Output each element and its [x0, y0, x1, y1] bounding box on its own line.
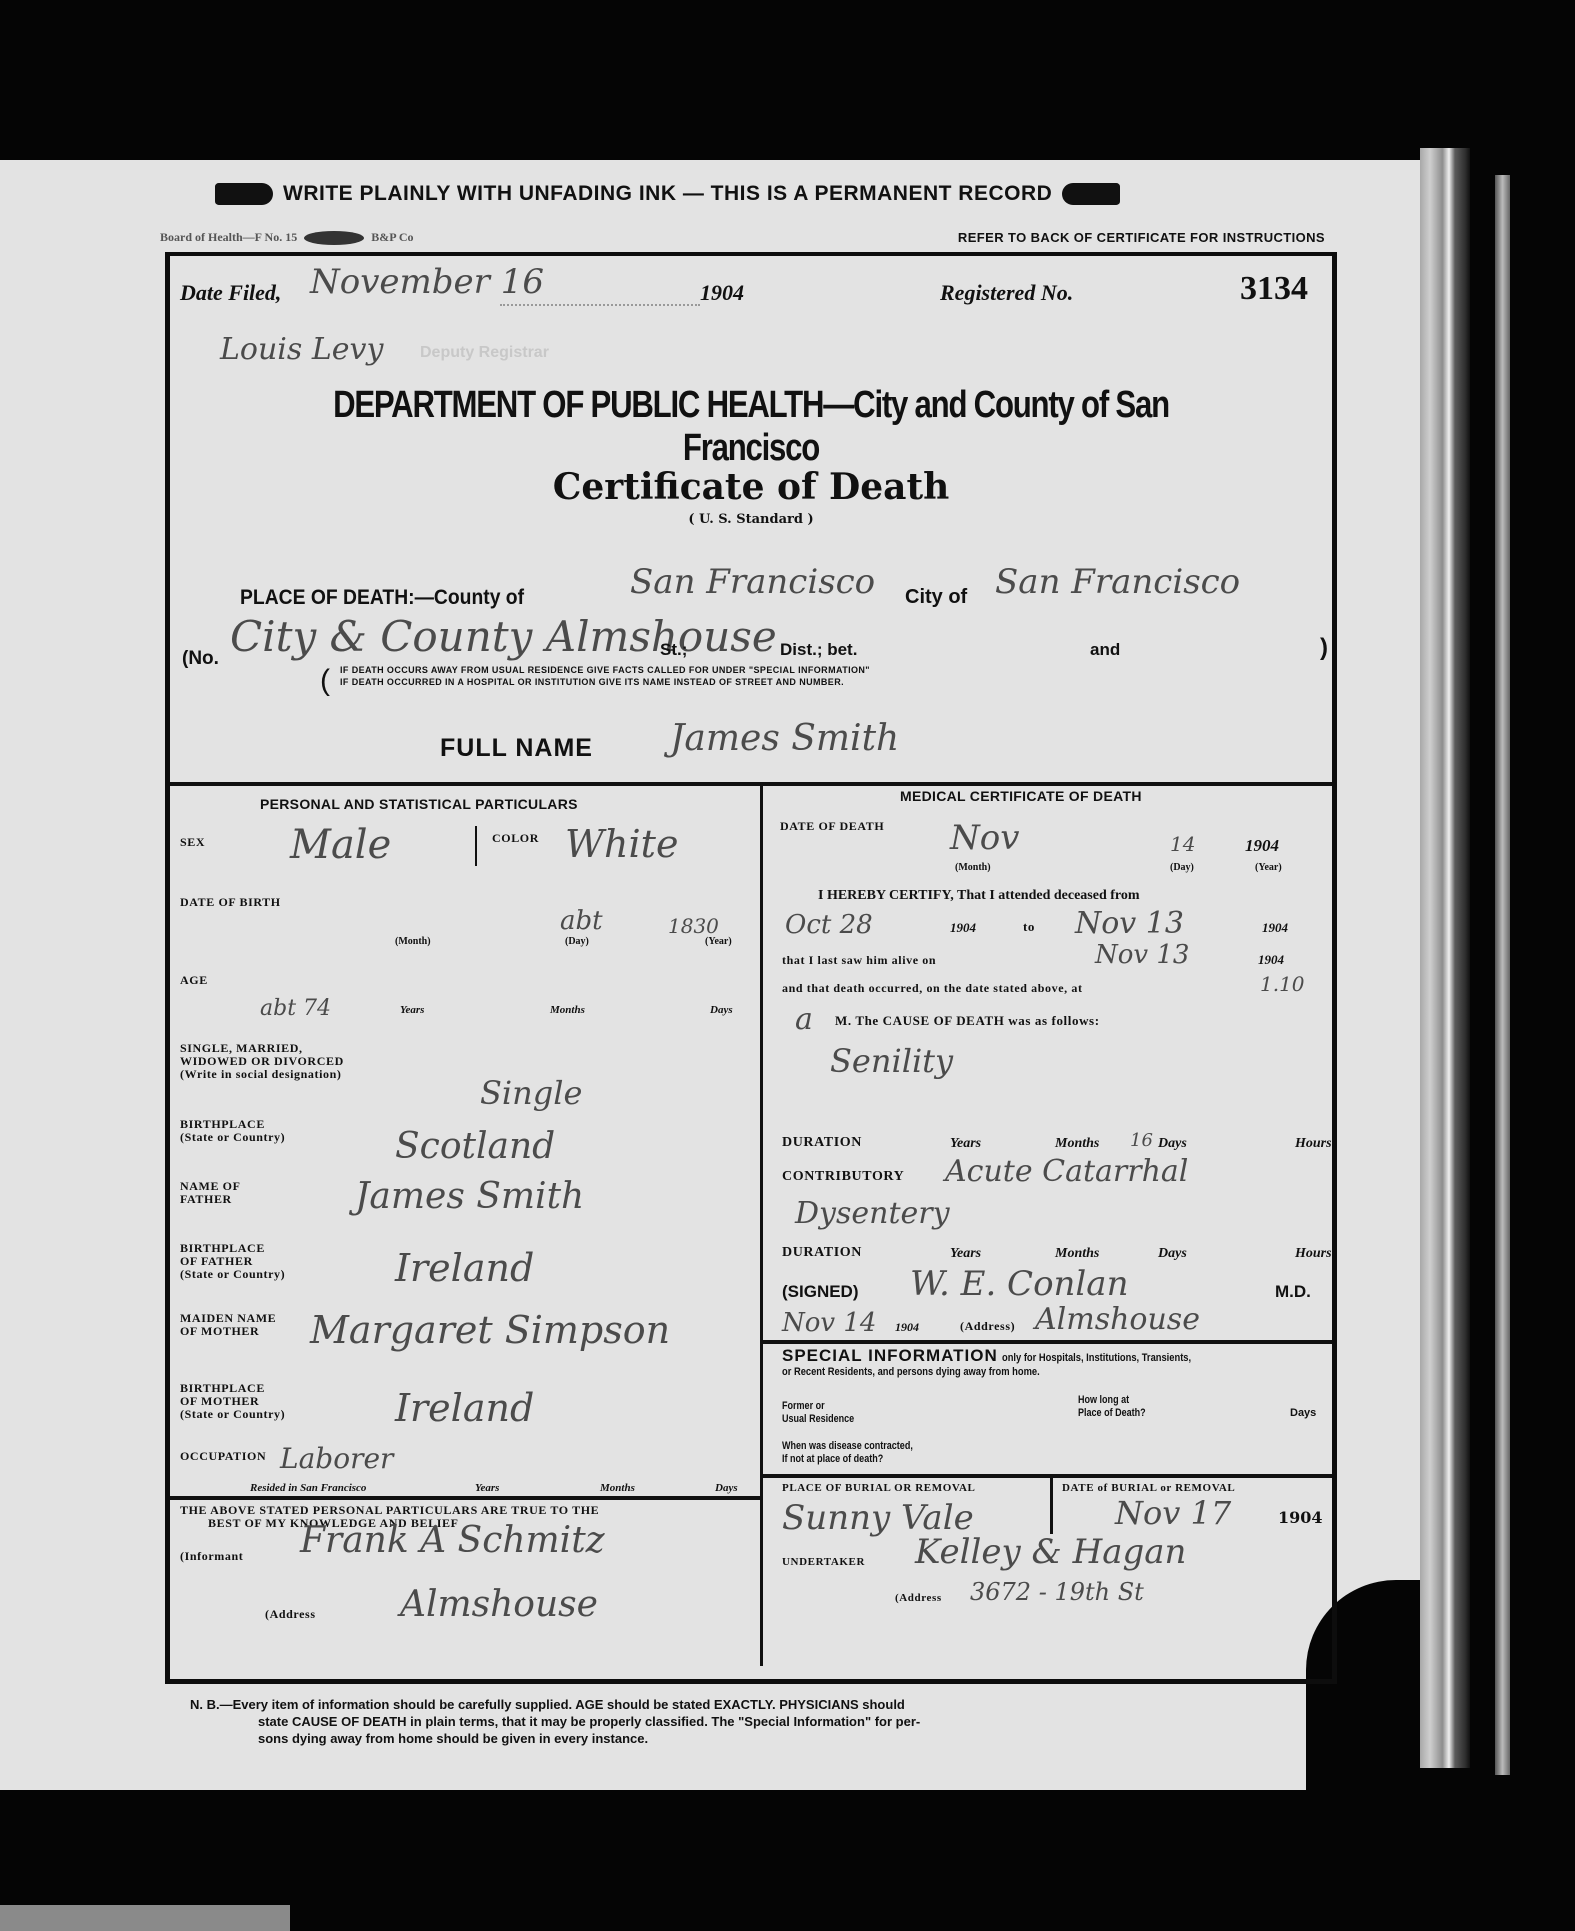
mother-value: Margaret Simpson	[310, 1308, 670, 1352]
undertaker-value: Kelley & Hagan	[915, 1532, 1186, 1572]
dod-month: Nov	[950, 818, 1019, 858]
duration-days-2: Days	[1158, 1246, 1187, 1262]
father-label-2: FATHER	[180, 1193, 241, 1206]
footnote-line-1: N. B.—Every item of information should b…	[190, 1696, 920, 1713]
duration-days-1: Days	[1158, 1136, 1187, 1152]
mother-birthplace-value: Ireland	[395, 1386, 534, 1430]
ink-warning: WRITE PLAINLY WITH UNFADING INK — THIS I…	[215, 182, 1295, 206]
full-name-rule	[170, 782, 1332, 786]
last-saw-year: 1904	[1258, 952, 1284, 968]
father-bp-label-3: (State or Country)	[180, 1268, 285, 1281]
certificate-frame: Date Filed, November 16 1904 Registered …	[165, 252, 1337, 1684]
standard-subtitle: ( U. S. Standard )	[170, 512, 1332, 527]
contributory-value-2: Dysentery	[795, 1196, 950, 1231]
and-label: and	[1090, 640, 1120, 660]
special-rule	[763, 1340, 1332, 1344]
resided-label: Resided in San Francisco	[250, 1482, 366, 1494]
sub-header: Board of Health—F No. 15 B&P Co REFER TO…	[160, 230, 1325, 245]
dod-year-label: (Year)	[1255, 862, 1282, 873]
duration-hours-2: Hours	[1295, 1246, 1332, 1262]
birthplace-label: BIRTHPLACE (State or Country)	[180, 1118, 285, 1144]
to-year: 1904	[1262, 920, 1288, 936]
age-value: abt 74	[260, 996, 331, 1021]
how-long-label-1: How long at	[1078, 1394, 1146, 1407]
union-label-icon	[304, 231, 364, 245]
occupation-label: OCCUPATION	[180, 1450, 266, 1463]
pointing-hand-icon	[215, 183, 273, 205]
dod-year: 1904	[1245, 836, 1279, 856]
certificate-title: Certificate of Death	[170, 466, 1332, 508]
cause-value: Senility	[830, 1042, 953, 1080]
special-heading: SPECIAL INFORMATION only for Hospitals, …	[782, 1346, 1332, 1378]
age-label: AGE	[180, 974, 208, 987]
cause-label: M. The CAUSE OF DEATH was as follows:	[835, 1014, 1100, 1027]
contracted-label-1: When was disease contracted,	[782, 1440, 913, 1453]
dod-day: 14	[1170, 832, 1195, 856]
contracted-label: When was disease contracted, If not at p…	[782, 1440, 913, 1466]
resided-days-label: Days	[715, 1482, 738, 1494]
burial-date-value: Nov 17	[1115, 1494, 1231, 1532]
registrar-signature: Louis Levy	[220, 332, 383, 367]
undertaker-address: 3672 - 19th St	[970, 1578, 1144, 1606]
age-days-label: Days	[710, 1004, 733, 1016]
duration-months-2: Months	[1055, 1246, 1099, 1262]
registered-label: Registered No.	[940, 280, 1073, 306]
burial-divider	[1050, 1474, 1053, 1534]
footnote-line-2: state CAUSE OF DEATH in plain terms, tha…	[190, 1713, 920, 1730]
former-label-2: Usual Residence	[782, 1413, 854, 1426]
contracted-label-2: If not at place of death?	[782, 1453, 913, 1466]
physician-address-label: (Address)	[960, 1320, 1015, 1333]
book-binding	[1420, 148, 1470, 1768]
how-long-days: Days	[1290, 1407, 1316, 1419]
personal-heading: PERSONAL AND STATISTICAL PARTICULARS	[260, 796, 578, 812]
birthplace-value: Scotland	[395, 1126, 555, 1167]
duration-years-1: Years	[950, 1136, 981, 1152]
resided-years-label: Years	[475, 1482, 499, 1494]
informant-rule	[170, 1496, 762, 1500]
age-months-label: Months	[550, 1004, 585, 1016]
age-years-label: Years	[400, 1004, 424, 1016]
duration-hours-1: Hours	[1295, 1136, 1332, 1152]
mother-birthplace-label: BIRTHPLACE OF MOTHER (State or Country)	[180, 1382, 285, 1421]
how-long-label-2: Place of Death?	[1078, 1407, 1146, 1420]
duration-label-1: DURATION	[782, 1136, 862, 1149]
last-saw-value: Nov 13	[1095, 940, 1189, 970]
burial-place-label: PLACE OF BURIAL OR REMOVAL	[782, 1482, 975, 1495]
footnote: N. B.—Every item of information should b…	[190, 1696, 920, 1747]
certify-text: I HEREBY CERTIFY, That I attended deceas…	[818, 888, 1140, 904]
resided-months-label: Months	[600, 1482, 635, 1494]
father-birthplace-value: Ireland	[395, 1246, 534, 1290]
special-heading-rest: only for Hospitals, Institutions, Transi…	[1002, 1352, 1191, 1364]
district-label: Dist.; bet.	[780, 640, 857, 660]
informant-address: Almshouse	[400, 1584, 598, 1625]
to-label: to	[1023, 920, 1035, 933]
sex-value: Male	[290, 822, 391, 868]
father-birthplace-label: BIRTHPLACE OF FATHER (State or Country)	[180, 1242, 285, 1281]
mother-bp-label-3: (State or Country)	[180, 1408, 285, 1421]
place-note: IF DEATH OCCURS AWAY FROM USUAL RESIDENC…	[340, 664, 870, 688]
full-name-label: FULL NAME	[440, 734, 593, 763]
date-filed-label: Date Filed,	[180, 280, 281, 306]
dob-year-value: 1830	[668, 914, 719, 938]
county-value: San Francisco	[630, 562, 875, 602]
form-number: Board of Health—F No. 15	[160, 230, 297, 244]
father-value: James Smith	[355, 1176, 584, 1217]
dob-month-label: (Month)	[395, 936, 431, 947]
no-label: (No.	[182, 648, 219, 670]
date-filed-value: November 16	[310, 262, 544, 302]
duration-months-1: Months	[1055, 1136, 1099, 1152]
warning-text: WRITE PLAINLY WITH UNFADING INK — THIS I…	[283, 182, 1052, 206]
signed-year: 1904	[895, 1320, 919, 1335]
footnote-line-3: sons dying away from home should be give…	[190, 1730, 920, 1747]
attended-from: Oct 28	[785, 910, 873, 940]
dod-month-label: (Month)	[955, 862, 991, 873]
dod-day-label: (Day)	[1170, 862, 1194, 873]
informant-name: Frank A Schmitz	[300, 1520, 605, 1561]
burial-rule	[763, 1474, 1332, 1478]
special-heading-title: SPECIAL INFORMATION	[782, 1346, 998, 1365]
special-heading-line2: or Recent Residents, and persons dying a…	[782, 1366, 1250, 1378]
undertaker-address-label: (Address	[895, 1592, 942, 1605]
marital-label-3: (Write in social designation)	[180, 1068, 344, 1081]
place-note-line-2: IF DEATH OCCURRED IN A HOSPITAL OR INSTI…	[340, 676, 870, 688]
color-value: White	[565, 822, 678, 866]
place-number-value: City & County Almshouse	[230, 612, 777, 661]
former-residence-label: Former or Usual Residence	[782, 1400, 854, 1426]
occupation-value: Laborer	[280, 1442, 393, 1475]
signed-date: Nov 14	[782, 1308, 876, 1338]
dob-day-value: abt	[560, 906, 603, 936]
city-value: San Francisco	[995, 562, 1240, 602]
occurred-label: and that death occurred, on the date sta…	[782, 982, 1083, 995]
physician-address: Almshouse	[1035, 1302, 1200, 1337]
color-label: COLOR	[492, 832, 539, 845]
from-year: 1904	[950, 920, 976, 936]
burial-year: 1904	[1278, 1508, 1323, 1527]
street-label: St.;	[660, 640, 687, 660]
place-note-line-1: IF DEATH OCCURS AWAY FROM USUAL RESIDENC…	[340, 664, 870, 676]
full-name-value: James Smith	[670, 718, 899, 759]
physician-signature: W. E. Conlan	[910, 1264, 1128, 1304]
last-saw-label: that I last saw him alive on	[782, 954, 936, 967]
printer-company: B&P Co	[371, 230, 413, 244]
contributory-label: CONTRIBUTORY	[782, 1170, 904, 1183]
death-ampm: a	[795, 1002, 813, 1037]
father-label: NAME OF FATHER	[180, 1180, 241, 1206]
center-divider	[760, 786, 763, 1666]
duration-days-value: 16	[1130, 1130, 1153, 1151]
department-title: DEPARTMENT OF PUBLIC HEALTH—City and Cou…	[275, 384, 1228, 470]
birthplace-label-2: (State or Country)	[180, 1131, 285, 1144]
date-filed-year: 1904	[700, 280, 744, 306]
dob-label: DATE OF BIRTH	[180, 896, 281, 909]
mother-label: MAIDEN NAME OF MOTHER	[180, 1312, 276, 1338]
pointing-hand-icon	[1062, 183, 1120, 205]
attended-to: Nov 13	[1075, 906, 1184, 941]
former-label-1: Former or	[782, 1400, 854, 1413]
printer-mark: Board of Health—F No. 15 B&P Co	[160, 230, 414, 245]
registered-number: 3134	[1240, 270, 1308, 308]
signed-label: (SIGNED)	[782, 1282, 859, 1302]
city-label: City of	[905, 586, 967, 609]
mother-label-2: OF MOTHER	[180, 1325, 276, 1338]
sex-color-divider	[475, 826, 477, 866]
informant-label: (Informant	[180, 1550, 243, 1563]
informant-address-label: (Address	[265, 1608, 316, 1621]
dod-label: DATE OF DEATH	[780, 820, 884, 833]
date-filed-line	[500, 304, 700, 306]
how-long-label: How long at Place of Death?	[1078, 1394, 1146, 1420]
contributory-value-1: Acute Catarrhal	[945, 1154, 1188, 1189]
close-paren: )	[1320, 634, 1328, 662]
marital-label: SINGLE, MARRIED, WIDOWED OR DIVORCED (Wr…	[180, 1042, 344, 1081]
refer-instructions: REFER TO BACK OF CERTIFICATE FOR INSTRUC…	[958, 230, 1325, 245]
medical-heading: MEDICAL CERTIFICATE OF DEATH	[900, 788, 1142, 804]
dob-day-label: (Day)	[565, 936, 589, 947]
dob-year-label: (Year)	[705, 936, 732, 947]
md-label: M.D.	[1275, 1282, 1311, 1302]
marital-value: Single	[480, 1074, 582, 1112]
book-binding-edge	[1495, 175, 1510, 1775]
sex-label: SEX	[180, 836, 205, 849]
place-of-death-label: PLACE OF DEATH:—County of	[240, 586, 524, 610]
undertaker-label: UNDERTAKER	[782, 1556, 865, 1569]
death-time: 1.10	[1260, 972, 1305, 996]
registrar-title: Deputy Registrar	[420, 344, 549, 362]
duration-label-2: DURATION	[782, 1246, 862, 1259]
duration-years-2: Years	[950, 1246, 981, 1262]
next-page-edge	[0, 1905, 290, 1931]
open-paren: (	[320, 664, 330, 698]
